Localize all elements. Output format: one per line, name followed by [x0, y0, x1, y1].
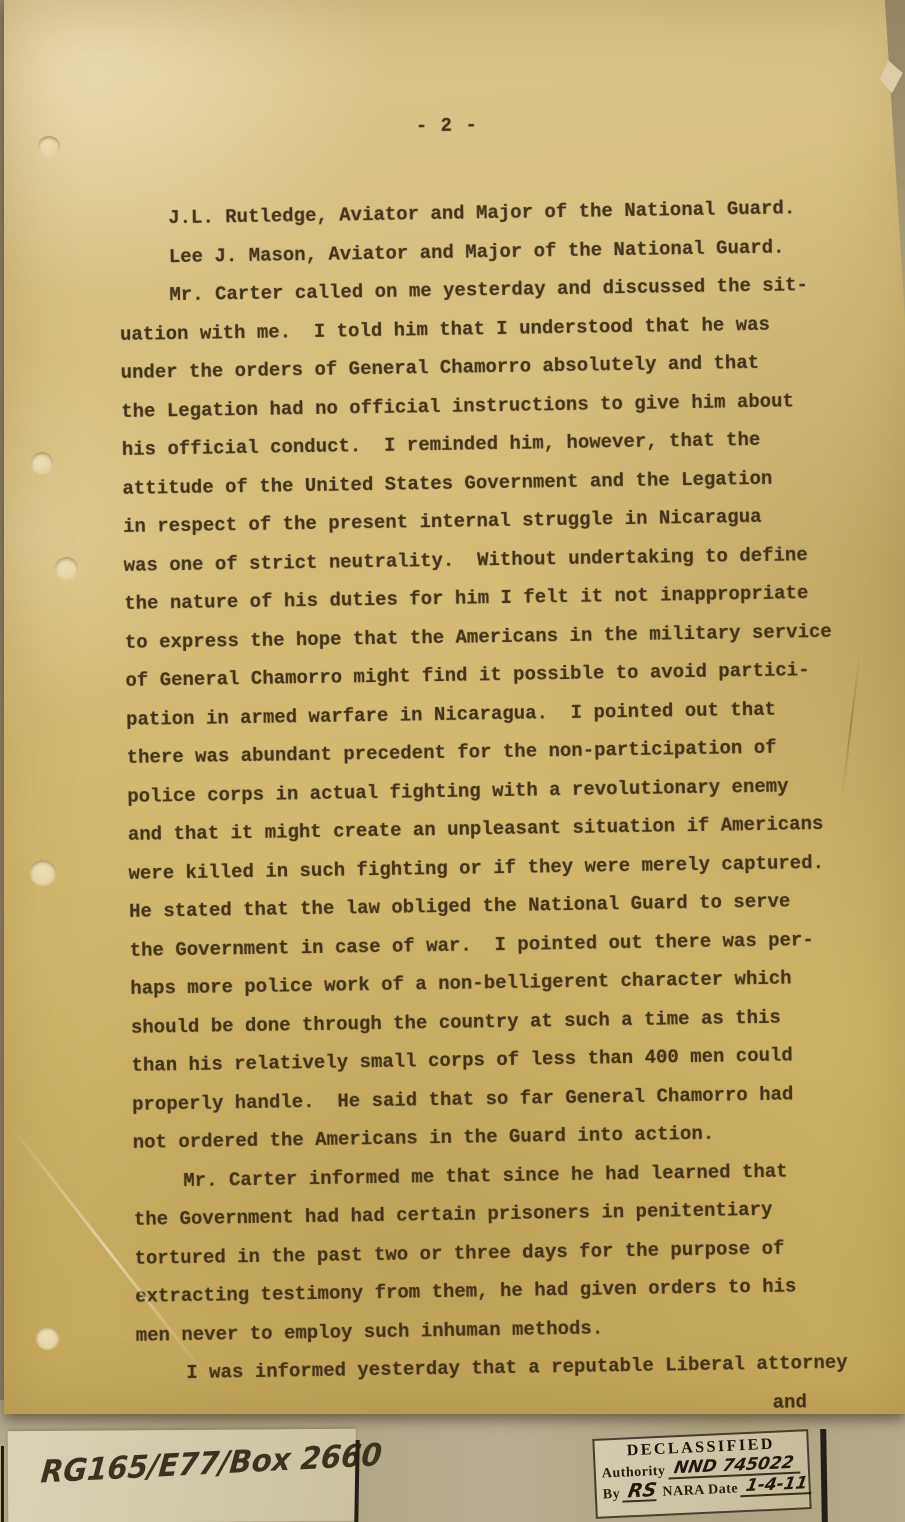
left-edge-line [1, 1446, 4, 1522]
punch-hole [36, 1326, 59, 1349]
declassified-stamp: DECLASSIFIED Authority NND 745022 By RS … [592, 1429, 811, 1519]
document-page: - 2 - J.L. Rutledge, Aviator and Major o… [4, 0, 905, 1414]
scratch-line [841, 650, 861, 799]
typed-lines: J.L. Rutledge, Aviator and Major of the … [118, 189, 849, 1432]
page-number: - 2 - [117, 110, 777, 142]
by-label: By [603, 1487, 621, 1504]
punch-hole [38, 136, 60, 156]
punch-hole [55, 557, 78, 579]
nara-date-value: 1-4-11 [741, 1476, 815, 1497]
by-value: RS [623, 1483, 660, 1503]
archive-label: RG165/E77/Box 2660 [8, 1429, 357, 1522]
nara-date-label: NARA Date [662, 1481, 738, 1500]
stamp-by-row: By RS NARA Date 1-4-11 [602, 1476, 803, 1503]
typed-text-block: - 2 - J.L. Rutledge, Aviator and Major o… [116, 65, 850, 1476]
top-right-background [857, 0, 905, 318]
scanned-document: - 2 - J.L. Rutledge, Aviator and Major o… [0, 0, 905, 1522]
archive-label-text: RG165/E77/Box 2660 [39, 1437, 383, 1490]
punch-hole [31, 452, 53, 473]
punch-hole [30, 860, 56, 885]
